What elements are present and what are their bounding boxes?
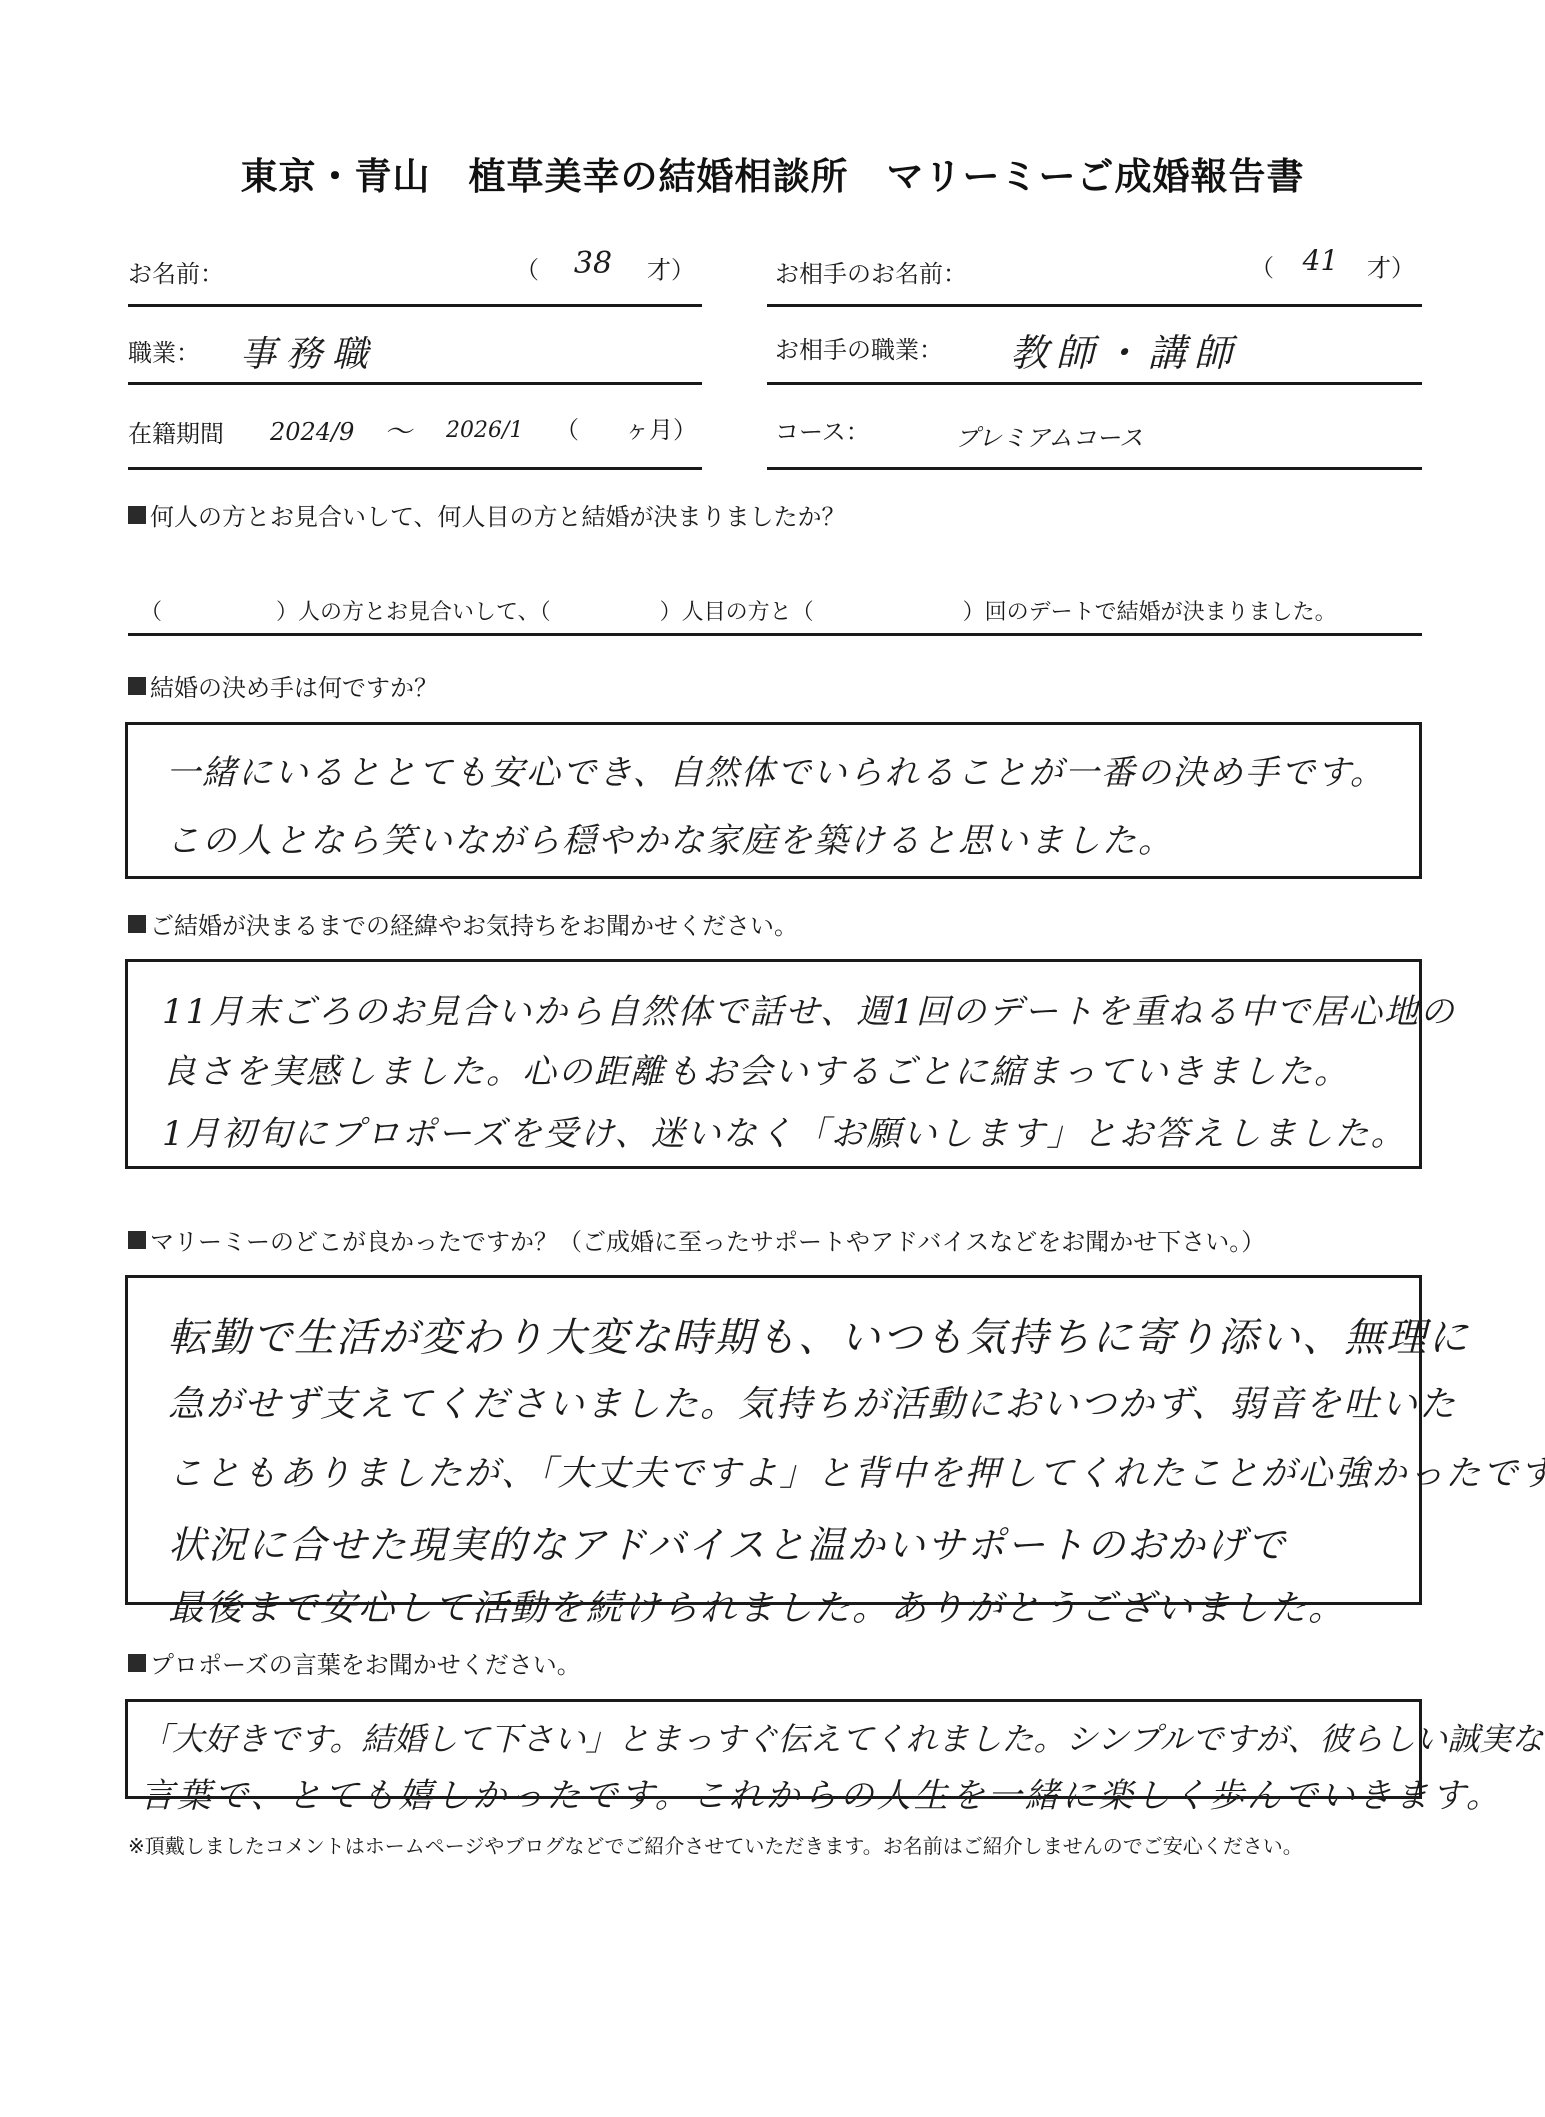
answer-line: 良さを実感しました。心の距離もお会いするごとに縮まっていきました。 [162,1044,1350,1093]
bullet-square-icon [128,506,146,524]
divider [767,382,1422,385]
months-open-paren: （ [555,410,579,445]
bullet-square-icon [128,915,146,933]
bullet-square-icon [128,677,146,695]
occupation-label: 職業： [128,333,200,368]
divider [767,304,1422,307]
question-text: ご結婚が決まるまでの経緯やお気持ちをお聞かせください。 [150,906,798,941]
age-open-paren: （ [515,250,539,285]
course-value[interactable]: プレミアムコース [955,418,1143,453]
answer-box-proposal[interactable]: 「大好きです。結婚して下さい」とまっすぐ伝えてくれました。シンプルですが、彼らし… [125,1699,1422,1799]
divider [128,304,702,307]
answer-line: 一緒にいるととても安心でき、自然体でいられることが一番の決め手です。 [166,745,1386,794]
sentence-part: ）人の方とお見合いして、（ [276,600,551,625]
answer-line: 言葉で、とても嬉しかったです。これからの人生を一緒に楽しく歩んでいきます。 [140,1768,1503,1817]
answer-line: 最後まで安心して活動を続けられました。ありがとうございました。 [168,1580,1346,1631]
question-heading-count: 何人の方とお見合いして、何人目の方と結婚が決まりましたか？ [128,497,846,532]
age-unit: 才） [647,250,695,285]
document-title: 東京・青山 植草美幸の結婚相談所 マリーミーご成婚報告書 [0,146,1545,200]
partner-age-unit: 才） [1367,248,1415,283]
sentence-part: ）回のデートで結婚が決まりました。 [963,600,1337,625]
enrollment-tilde: ～ [384,410,412,450]
months-field[interactable]: （ ヶ月） [555,410,697,445]
answer-line: 転勤で生活が変わり大変な時期も、いつも気持ちに寄り添い、無理に [168,1306,1470,1363]
answer-line: 急がせず支えてくださいました。気持ちが活動においつかず、弱音を吐いた [168,1376,1457,1427]
enrollment-start[interactable]: 2024/9 [270,418,354,446]
question-heading-proposal: プロポーズの言葉をお聞かせください。 [128,1645,581,1680]
answer-box-story[interactable]: 11月末ごろのお見合いから自然体で話せ、週1回のデートを重ねる中で居心地の 良さ… [125,959,1422,1169]
divider [128,382,702,385]
bullet-square-icon [128,1654,146,1672]
divider [128,633,1422,636]
answer-line: こともありましたが、「大丈夫ですよ」と背中を押してくれたことが心強かったです。 [168,1446,1545,1496]
enrollment-end[interactable]: 2026/1 [446,418,523,443]
question-heading-story: ご結婚が決まるまでの経緯やお気持ちをお聞かせください。 [128,906,798,941]
privacy-footnote: ※頂戴しましたコメントはホームページやブログなどでご紹介させていただきます。お名… [128,1830,1303,1859]
answer-line: 「大好きです。結婚して下さい」とまっすぐ伝えてくれました。シンプルですが、彼らし… [140,1714,1543,1760]
partner-age-open-paren: （ [1250,248,1274,283]
partner-name-label: お相手のお名前： [775,254,967,289]
paren: （ [140,600,162,625]
divider [128,467,702,470]
course-label: コース： [775,412,870,447]
answer-line: この人となら笑いながら穏やかな家庭を築けると思いました。 [166,813,1174,862]
age-field[interactable]: （ 38 才） [515,250,695,285]
partner-age-value: 41 [1303,244,1339,283]
answer-line: 状況に合せた現実的なアドバイスと温かいサポートのおかげで [168,1514,1287,1569]
partner-occupation-label: お相手の職業： [775,330,943,365]
occupation-value[interactable]: 事務職 [240,326,378,377]
question-heading-good-points: マリーミーのどこが良かったですか？（ご成婚に至ったサポートやアドバイスなどをお聞… [128,1222,1265,1257]
answer-box-deciding-factor[interactable]: 一緒にいるととても安心でき、自然体でいられることが一番の決め手です。 この人とな… [125,722,1422,879]
sentence-part: ）人目の方と（ [660,600,814,625]
partner-occupation-value[interactable]: 教師・講師 [1010,322,1240,377]
count-sentence: （ ）人の方とお見合いして、（ ）人目の方と（ ）回のデートで結婚が決まりました… [140,595,1337,626]
answer-line: 1月初旬にプロポーズを受け、迷いなく「お願いします」とお答えしました。 [162,1106,1407,1155]
bullet-square-icon [128,1231,146,1249]
question-text: プロポーズの言葉をお聞かせください。 [150,1645,581,1680]
question-text: マリーミーのどこが良かったですか？（ご成婚に至ったサポートやアドバイスなどをお聞… [150,1222,1265,1257]
answer-box-good-points[interactable]: 転勤で生活が変わり大変な時期も、いつも気持ちに寄り添い、無理に 急がせず支えてく… [125,1275,1422,1605]
age-value: 38 [574,246,612,285]
divider [767,467,1422,470]
name-label: お名前： [128,254,224,289]
answer-line: 11月末ごろのお見合いから自然体で話せ、週1回のデートを重ねる中で居心地の [162,984,1456,1033]
question-text: 何人の方とお見合いして、何人目の方と結婚が決まりましたか？ [150,497,846,532]
question-text: 結婚の決め手は何ですか？ [150,668,438,703]
months-unit: ヶ月） [625,410,697,445]
enrollment-label: 在籍期間 [128,414,224,449]
partner-age-field[interactable]: （ 41 才） [1250,248,1415,283]
question-heading-deciding-factor: 結婚の決め手は何ですか？ [128,668,438,703]
